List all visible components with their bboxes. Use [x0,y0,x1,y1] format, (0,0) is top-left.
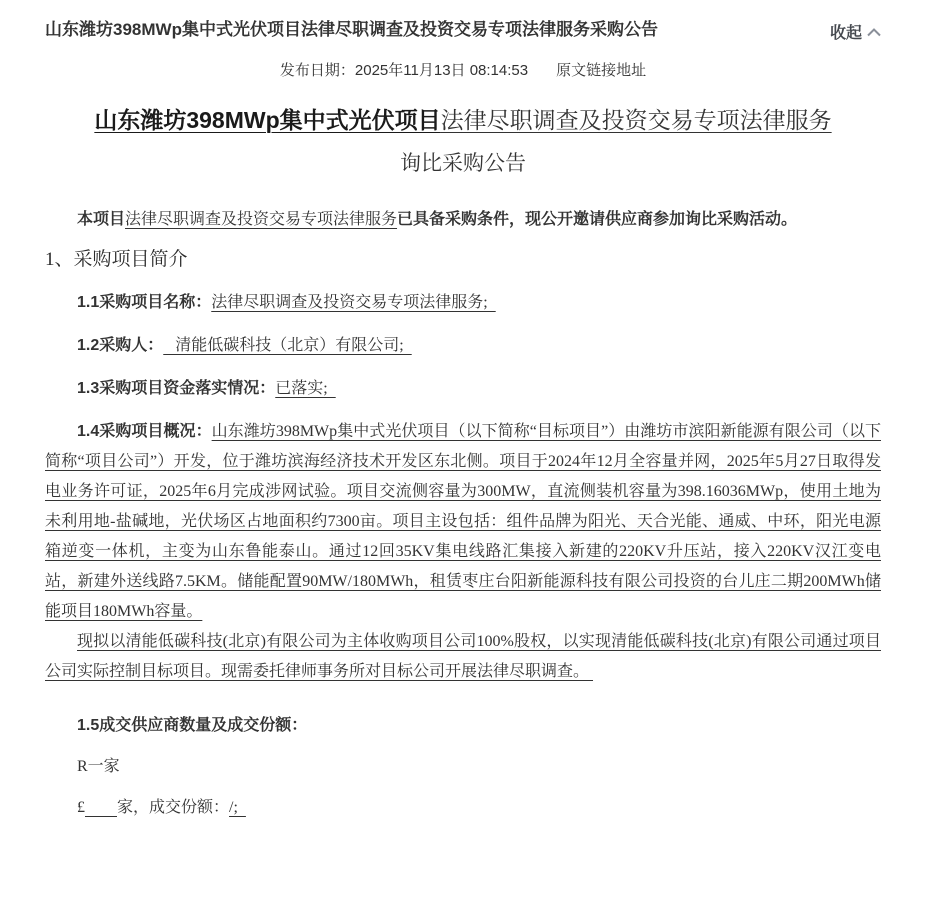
publish-row: 发布日期：2025年11月13日 08:14:53原文链接地址 [45,59,881,80]
section-1-heading: 1、采购项目简介 [45,245,881,275]
item-1-4-overview: 1.4采购项目概况：山东潍坊398MWp集中式光伏项目（以下简称“目标项目”）由… [45,417,881,627]
announcement-page: 山东潍坊398MWp集中式光伏项目法律尽职调查及投资交易专项法律服务采购公告 收… [0,0,926,853]
option-other-suppliers: £ 家，成交份额：/; [45,793,881,823]
item-1-5: 1.5成交供应商数量及成交份额： [45,711,881,741]
item-1-1-value: 法律尽职调查及投资交易专项法律服务; [211,294,495,311]
item-1-4-value: 山东潍坊398MWp集中式光伏项目（以下简称“目标项目”）由潍坊市滨阳新能源有限… [45,423,881,620]
acquisition-paragraph: 现拟以清能低碳科技(北京)有限公司为主体收购项目公司100%股权，以实现清能低碳… [45,627,881,687]
blank-underline [85,799,117,816]
option-checked-one-supplier: R一家 [45,752,881,782]
announcement-title: 山东潍坊398MWp集中式光伏项目法律尽职调查及投资交易专项法律服务采购公告 [45,18,658,42]
acquisition-text: 现拟以清能低碳科技(北京)有限公司为主体收购项目公司100%股权，以实现清能低碳… [45,633,881,680]
item-1-2-value: 清能低碳科技（北京）有限公司; [163,337,411,354]
chevron-up-icon [867,24,881,42]
announcement-header: 山东潍坊398MWp集中式光伏项目法律尽职调查及投资交易专项法律服务采购公告 收… [45,0,881,43]
item-1-4-label: 1.4采购项目概况： [77,423,212,440]
document-title-project-part: 山东潍坊398MWp集中式光伏项目 [94,107,440,133]
item-1-1: 1.1采购项目名称：法律尽职调查及投资交易专项法律服务; [45,288,881,318]
collapse-button[interactable]: 收起 [830,18,881,43]
intro-paragraph: 本项目法律尽职调查及投资交易专项法律服务已具备采购条件，现公开邀请供应商参加询比… [45,205,881,235]
option-other-text: 家，成交份额： [117,799,229,816]
collapse-label: 收起 [830,20,862,43]
item-1-1-label: 1.1采购项目名称： [77,294,211,311]
item-1-5-label: 1.5成交供应商数量及成交份额： [77,717,307,734]
document-body: 山东潍坊398MWp集中式光伏项目法律尽职调查及投资交易专项法律服务 询比采购公… [45,102,881,823]
intro-suffix: 已具备采购条件，现公开邀请供应商参加询比采购活动。 [397,211,797,228]
publish-date-label: 发布日期： [280,62,355,79]
document-title-service-part: 法律尽职调查及投资交易专项法律服务 [441,108,832,133]
item-1-2-label: 1.2采购人： [77,337,163,354]
document-subtitle: 询比采购公告 [45,147,881,177]
item-1-3: 1.3采购项目资金落实情况：已落实; [45,374,881,404]
item-1-3-value: 已落实; [275,380,335,397]
original-link[interactable]: 原文链接地址 [556,62,646,79]
intro-service-phrase: 法律尽职调查及投资交易专项法律服务 [125,211,397,228]
document-title: 山东潍坊398MWp集中式光伏项目法律尽职调查及投资交易专项法律服务 [55,102,871,139]
intro-prefix: 本项目 [77,211,125,228]
item-1-3-label: 1.3采购项目资金落实情况： [77,380,275,397]
checkbox-glyph: £ [77,799,85,816]
share-blank: /; [229,799,246,816]
publish-date-value: 2025年11月13日 08:14:53 [355,62,528,79]
item-1-2: 1.2采购人： 清能低碳科技（北京）有限公司; [45,331,881,361]
